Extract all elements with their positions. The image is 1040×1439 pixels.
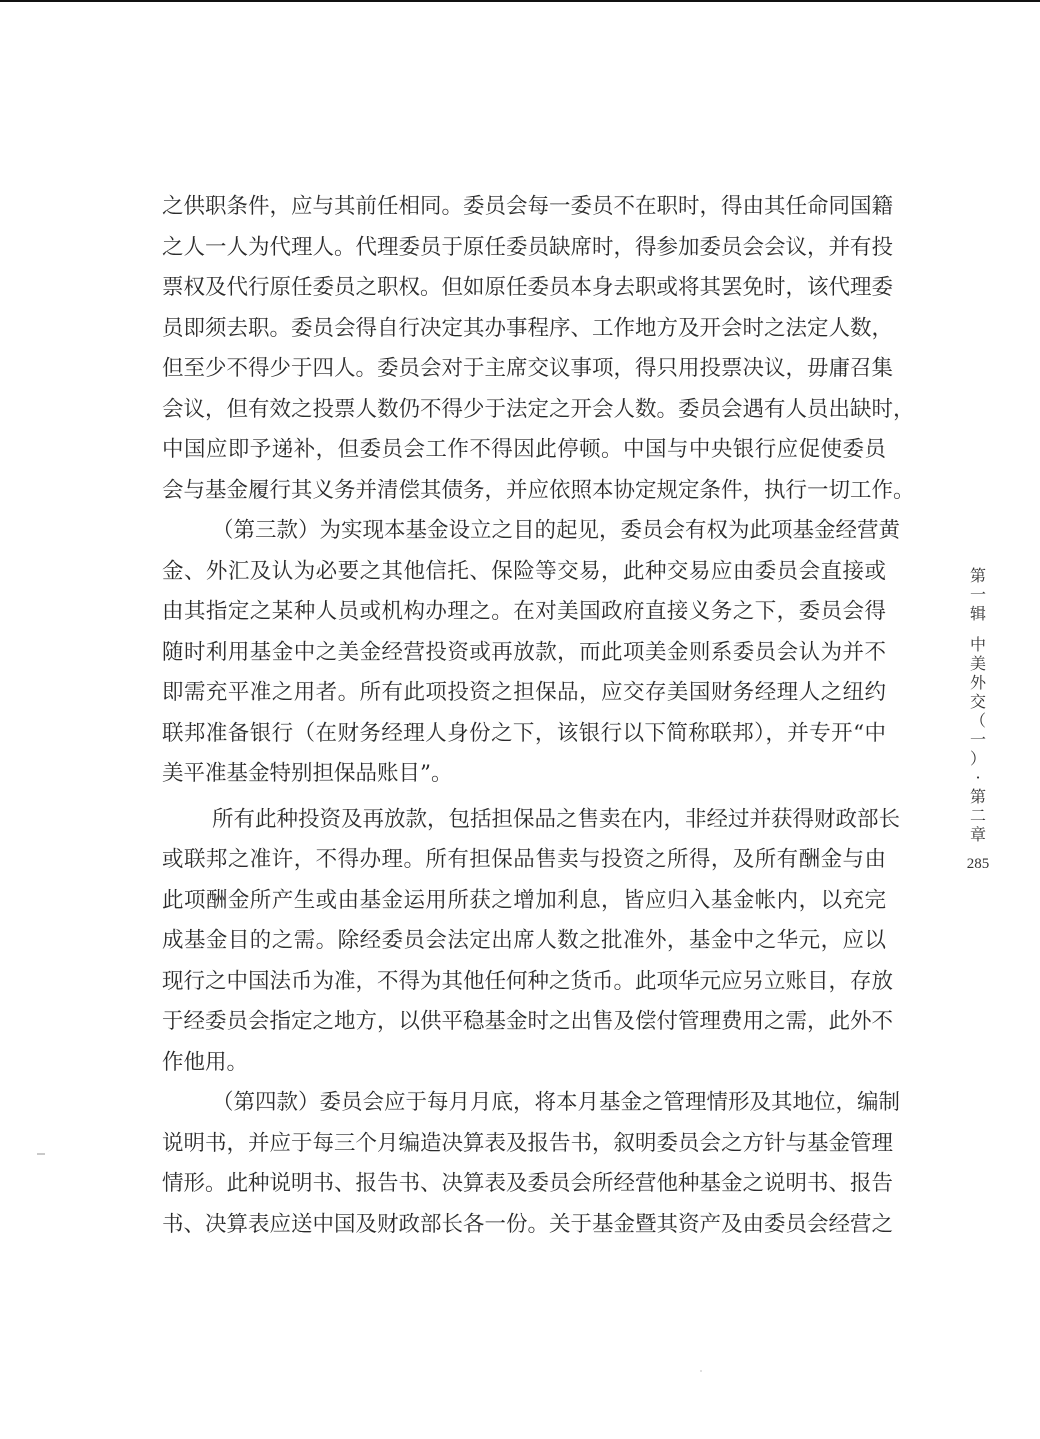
- text-line: 所有此种投资及再放款，包括担保品之售卖在内，非经过并获得财政部长: [162, 800, 886, 841]
- text-line: 由其指定之某种人员或机构办理之。在对美国政府直接义务之下，委员会得: [162, 592, 886, 633]
- text-line: 或联邦之准许，不得办理。所有担保品售卖与投资之所得，及所有酬金与由: [162, 840, 886, 881]
- text-line: 员即须去职。委员会得自行决定其办事程序、工作地方及开会时之法定人数，: [162, 309, 886, 350]
- running-head-char: 第: [966, 787, 990, 806]
- body-text: 之供职条件，应与其前任相同。委员会每一委员不在职时，得由其任命同国籍之人一人为代…: [162, 187, 886, 1245]
- scan-artifact: [37, 1153, 45, 1155]
- text-line: （第四款）委员会应于每月月底，将本月基金之管理情形及其地位，编制: [162, 1083, 886, 1124]
- text-line: 此项酬金所产生或由基金运用所获之增加利息，皆应归入基金帐内，以充完: [162, 881, 886, 922]
- running-head-char: 一: [966, 730, 990, 749]
- running-head-char: 外: [966, 673, 990, 692]
- running-head-char: 章: [966, 825, 990, 844]
- text-line: （第三款）为实现本基金设立之目的起见，委员会有权为此项基金经营黄: [162, 511, 886, 552]
- text-line: 书、决算表应送中国及财政部长各一份。关于基金暨其资产及由委员会经营之: [162, 1205, 886, 1246]
- text-line: 但至少不得少于四人。委员会对于主席交议事项，得只用投票决议，毋庸召集: [162, 349, 886, 390]
- text-line: 会议，但有效之投票人数仍不得少于法定之开会人数。委员会遇有人员出缺时，: [162, 390, 886, 431]
- text-line: 之人一人为代理人。代理委员于原任委员缺席时，得参加委员会会议，并有投: [162, 228, 886, 269]
- scan-artifact: [700, 1370, 702, 1372]
- text-line: 即需充平准之用者。所有此项投资之担保品，应交存美国财务经理人之纽约: [162, 673, 886, 714]
- text-line: 金、外汇及认为必要之其他信托、保险等交易，此种交易应由委员会直接或: [162, 552, 886, 593]
- text-line: 会与基金履行其义务并清偿其债务，并应依照本协定规定条件，执行一切工作。: [162, 471, 886, 512]
- text-line: 联邦准备银行（在财务经理人身份之下，该银行以下简称联邦），并专开“中: [162, 714, 886, 755]
- text-line: 成基金目的之需。除经委员会法定出席人数之批准外，基金中之华元，应以: [162, 921, 886, 962]
- running-head-char: 交: [966, 692, 990, 711]
- running-head-char: ·: [966, 768, 990, 787]
- running-head-char: ）: [966, 749, 990, 768]
- running-head-char: 一: [966, 585, 990, 604]
- running-head-char: （: [966, 711, 990, 730]
- running-head-space: [966, 623, 990, 635]
- text-line: 现行之中国法币为准，不得为其他任何种之货币。此项华元应另立账目，存放: [162, 962, 886, 1003]
- text-line: 票权及代行原任委员之职权。但如原任委员本身去职或将其罢免时，该代理委: [162, 268, 886, 309]
- running-head-char: 中: [966, 635, 990, 654]
- running-head-char: 辑: [966, 604, 990, 623]
- text-line: 美平准基金特别担保品账目”。: [162, 754, 886, 795]
- top-border-rule: [0, 0, 1040, 2]
- running-head-char: 二: [966, 806, 990, 825]
- text-line: 情形。此种说明书、报告书、决算表及委员会所经营他种基金之说明书、报告: [162, 1164, 886, 1205]
- running-head-vertical: 第一辑中美外交（一）·第二章: [966, 566, 990, 844]
- page-number: 285: [962, 856, 994, 873]
- text-line: 作他用。: [162, 1043, 886, 1084]
- text-line: 于经委员会指定之地方，以供平稳基金时之出售及偿付管理费用之需，此外不: [162, 1002, 886, 1043]
- text-line: 之供职条件，应与其前任相同。委员会每一委员不在职时，得由其任命同国籍: [162, 187, 886, 228]
- running-head-char: 美: [966, 654, 990, 673]
- text-line: 说明书，并应于每三个月编造决算表及报告书，叙明委员会之方针与基金管理: [162, 1124, 886, 1165]
- running-head-char: 第: [966, 566, 990, 585]
- text-line: 中国应即予递补，但委员会工作不得因此停顿。中国与中央银行应促使委员: [162, 430, 886, 471]
- text-line: 随时利用基金中之美金经营投资或再放款，而此项美金则系委员会认为并不: [162, 633, 886, 674]
